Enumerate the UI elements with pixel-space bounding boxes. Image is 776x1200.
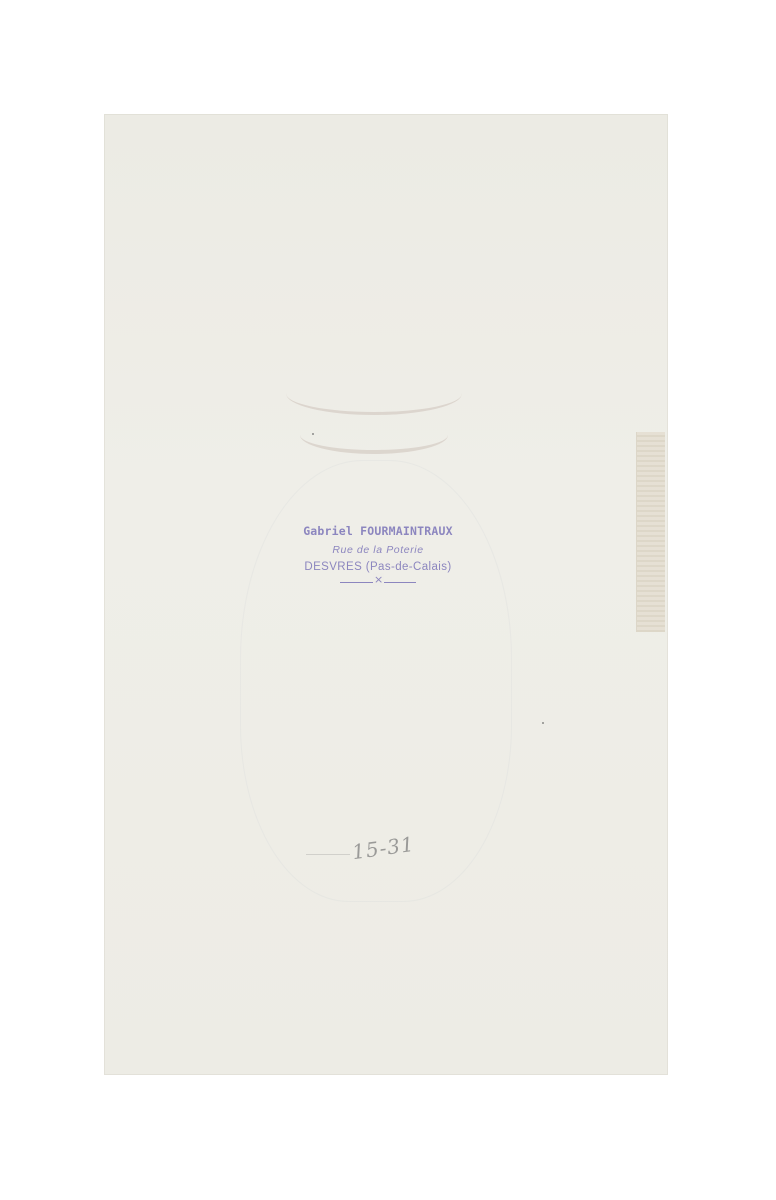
maker-stamp: Gabriel FOURMAINTRAUX Rue de la Poterie … xyxy=(280,524,476,585)
dust-speck xyxy=(312,433,314,435)
paper-tape-strip xyxy=(636,432,665,632)
stamp-name: Gabriel FOURMAINTRAUX xyxy=(280,524,476,538)
vase-rim-show-through xyxy=(286,372,462,415)
stamp-street: Rue de la Poterie xyxy=(280,544,476,556)
stamp-flourish xyxy=(340,579,416,585)
stamp-city: DESVRES (Pas-de-Calais) xyxy=(280,561,476,573)
dust-speck xyxy=(542,722,544,724)
pencil-stroke xyxy=(306,854,350,855)
vase-neck-show-through xyxy=(300,416,448,454)
